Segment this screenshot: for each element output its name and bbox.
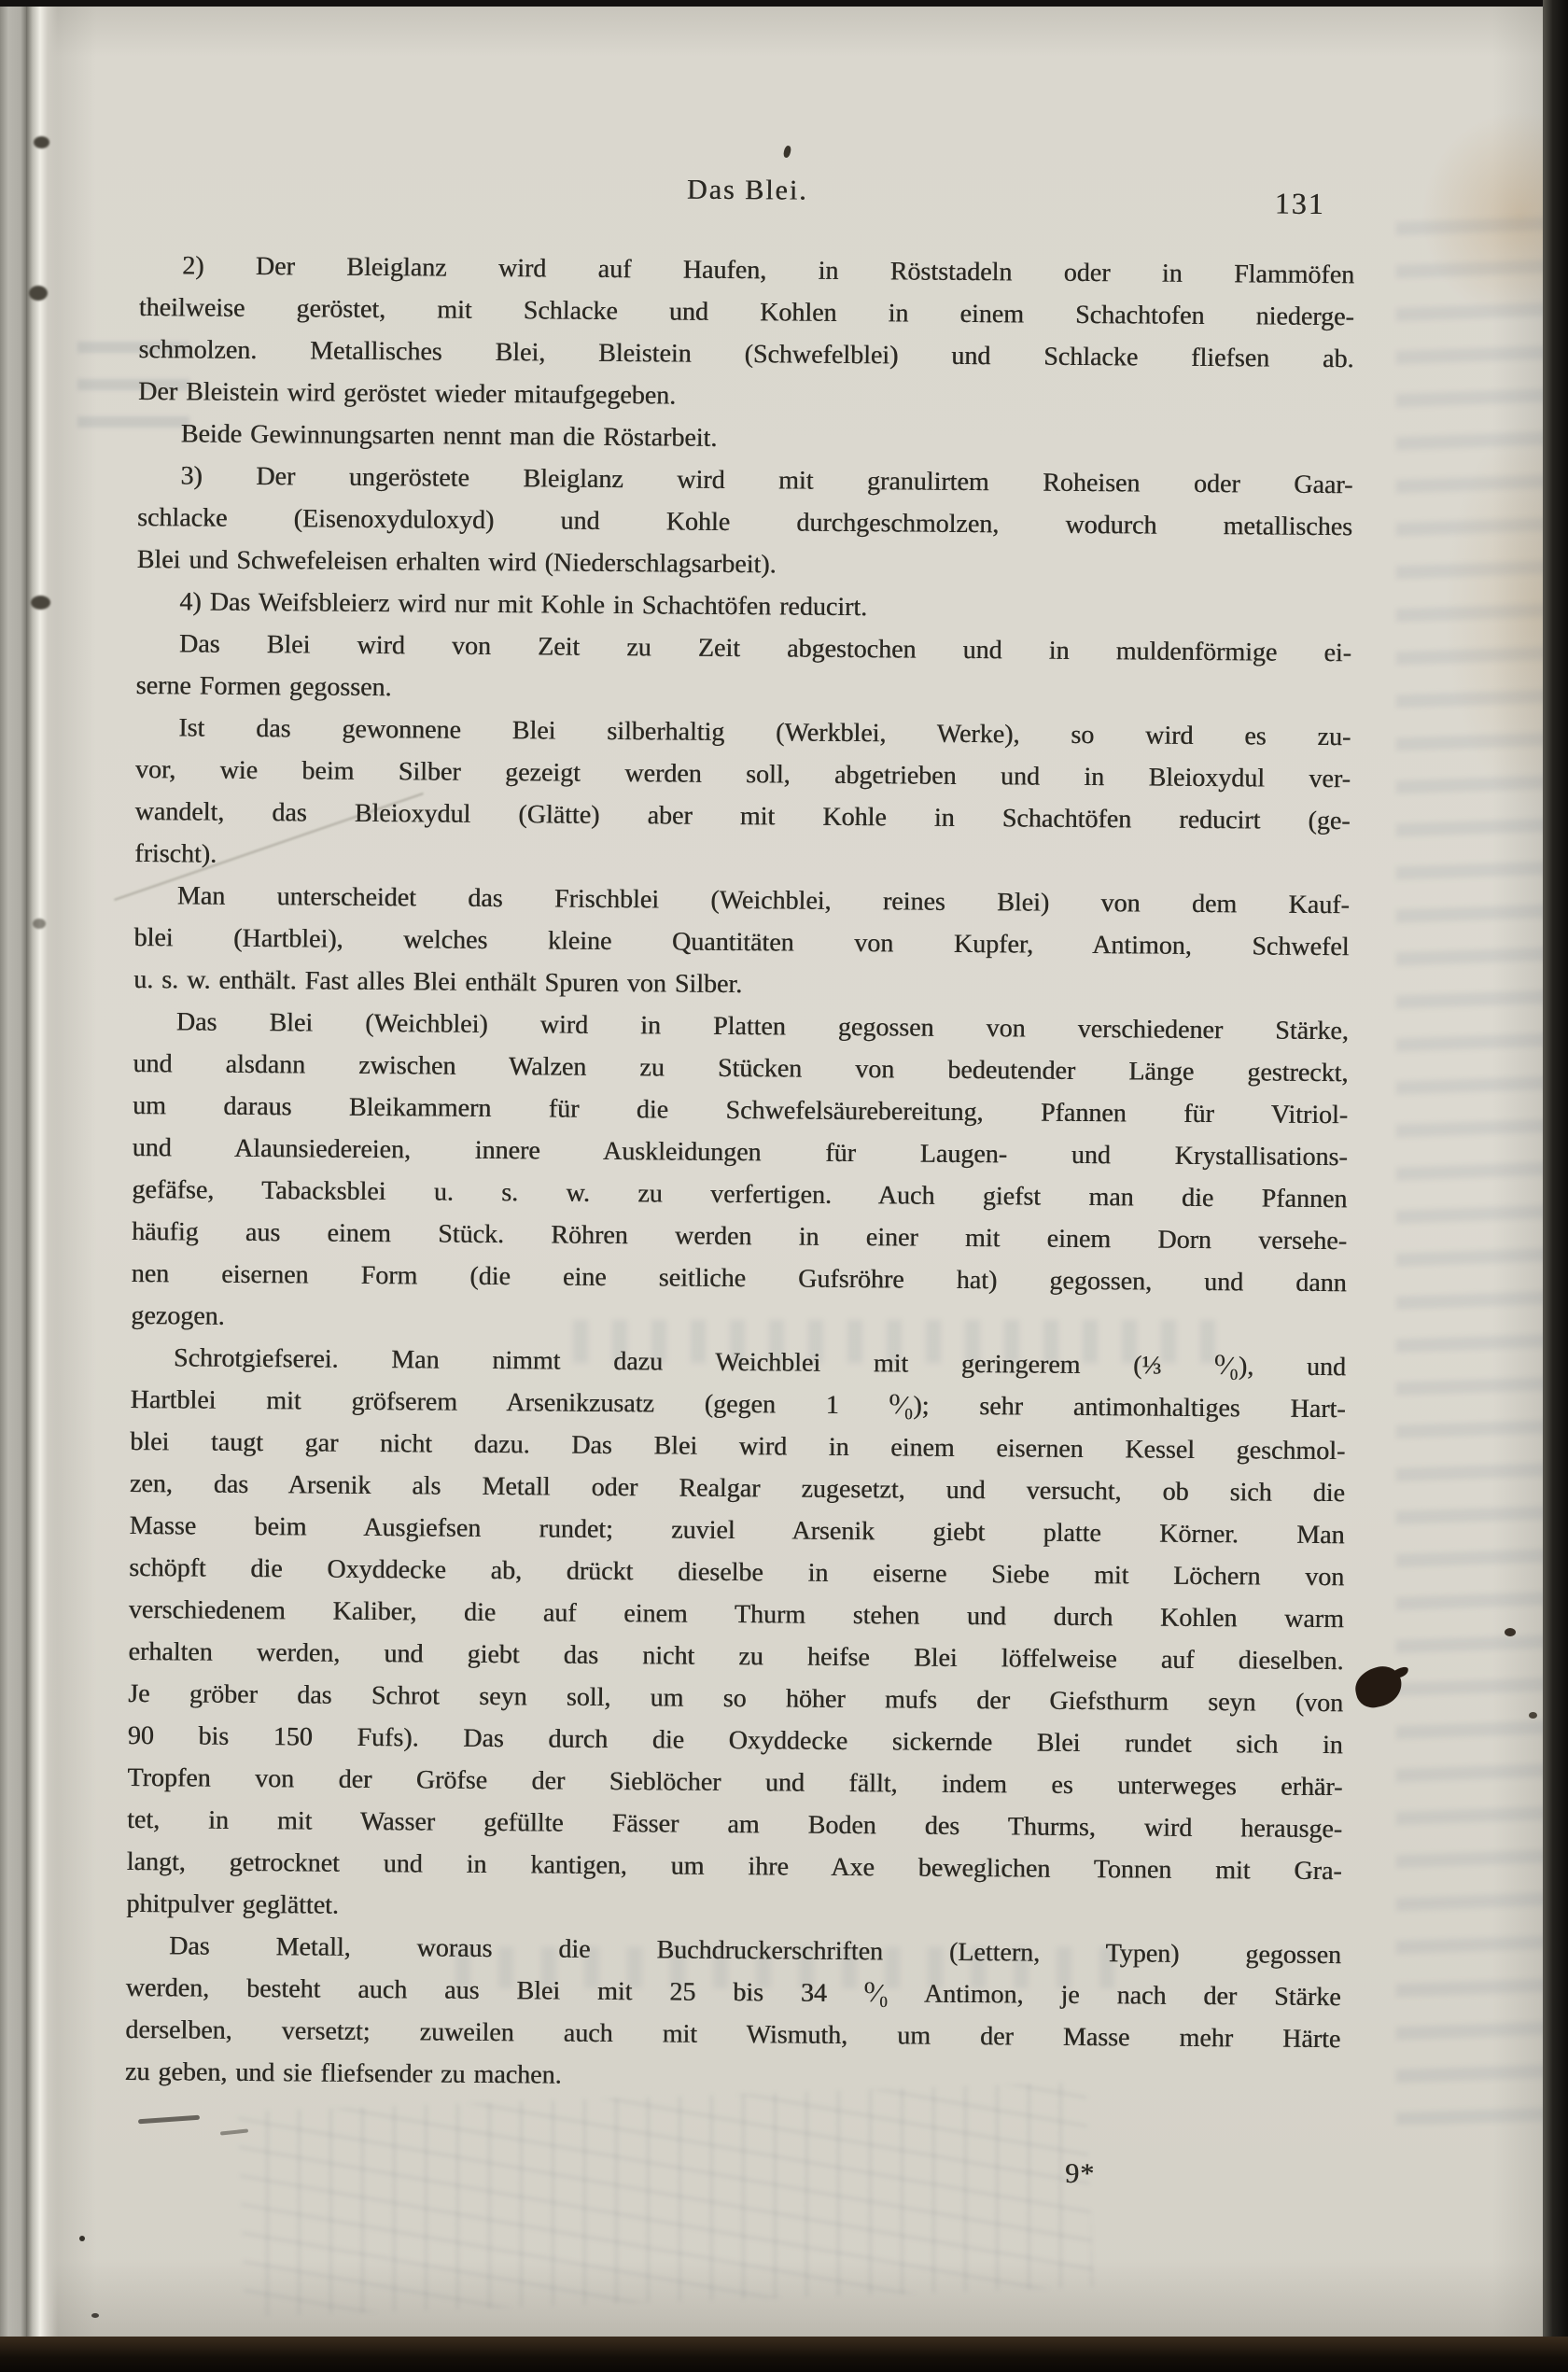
paragraph: Das Metall, woraus die Buchdruckerschrif…: [125, 1925, 1341, 2102]
running-title: Das Blei.: [140, 164, 1355, 216]
scan-edge-top: [0, 0, 1568, 7]
sewing-knot: [31, 596, 50, 610]
pencil-scribble: [237, 2082, 1093, 2317]
book-scan: Das Blei. 131 2) Der Bleiglanz wird auf …: [0, 0, 1568, 2372]
text-block: 2) Der Bleiglanz wird auf Haufen, in Rös…: [125, 245, 1355, 2102]
verso-show-through: [1396, 211, 1564, 2125]
paragraph: Das Blei wird von Zeit zu Zeit abgestoch…: [135, 623, 1351, 716]
ink-speck: [1529, 1712, 1537, 1719]
paragraph: Schrotgiefserei. Man nimmt dazu Weichble…: [126, 1337, 1346, 1934]
ink-stain: [1351, 1663, 1406, 1710]
paragraph: 2) Der Bleiglanz wird auf Haufen, in Rös…: [138, 245, 1354, 422]
page-number: 131: [1275, 183, 1325, 225]
sewing-knot: [34, 136, 49, 148]
pencil-dash: [220, 2128, 248, 2135]
paragraph: Das Blei (Weichblei) wird in Platten geg…: [131, 1001, 1349, 1346]
paragraph: 3) Der ungeröstete Bleiglanz wird mit gr…: [136, 455, 1352, 590]
ink-speck: [1505, 1628, 1516, 1636]
ink-speck: [783, 145, 792, 158]
book-page: Das Blei. 131 2) Der Bleiglanz wird auf …: [26, 6, 1544, 2338]
paragraph: Ist das gewonnene Blei silberhaltig (Wer…: [134, 707, 1351, 884]
binding-crease: [26, 6, 58, 2338]
ink-speck: [91, 2313, 99, 2318]
adjacent-page-edge: [0, 0, 28, 2372]
scan-edge-bottom: [0, 2337, 1568, 2372]
signature-mark: 9*: [1065, 2153, 1095, 2195]
scan-edge-right: [1543, 0, 1568, 2372]
ink-speck: [79, 2236, 85, 2241]
page-content: Das Blei. 131 2) Der Bleiglanz wird auf …: [125, 164, 1355, 2102]
paragraph: Man unterscheidet das Frischblei (Weichb…: [133, 875, 1350, 1010]
sewing-knot: [33, 919, 46, 929]
page-header: Das Blei. 131: [139, 164, 1355, 254]
pencil-dash: [138, 2115, 200, 2125]
sewing-knot: [29, 286, 48, 301]
